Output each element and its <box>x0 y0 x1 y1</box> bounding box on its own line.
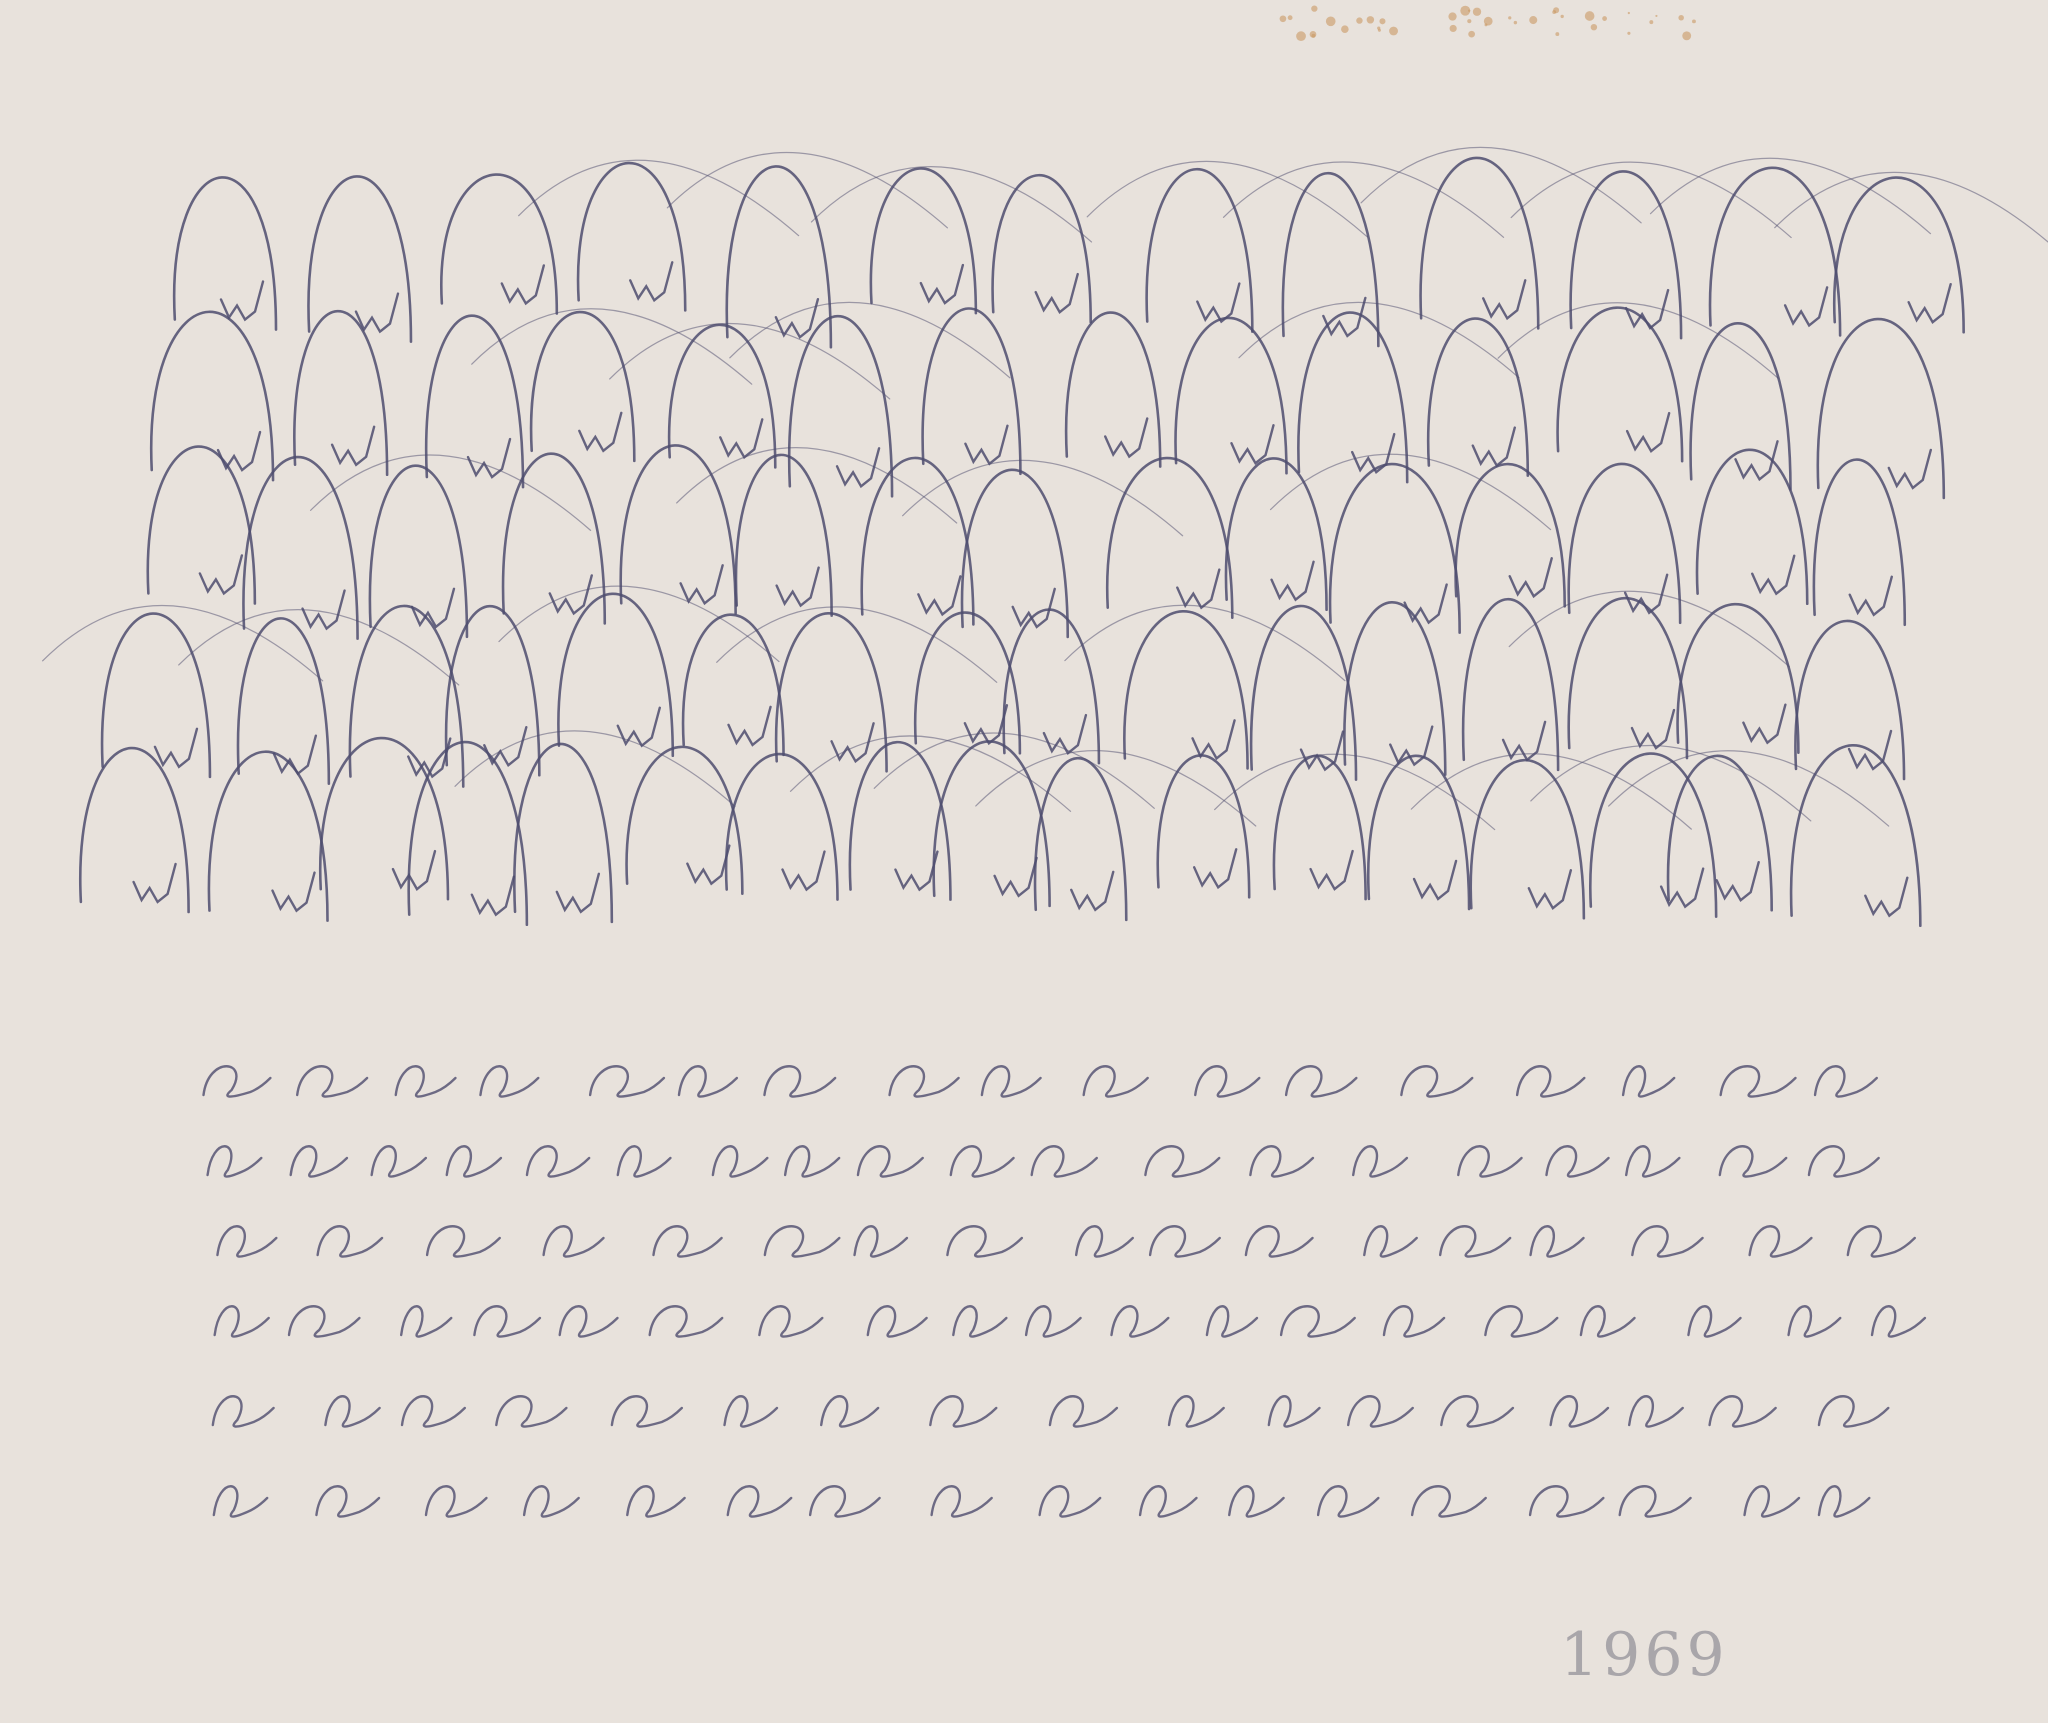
year-inscription: 1969 <box>1560 1620 1729 1690</box>
artwork-canvas: 1969 <box>0 0 2048 1723</box>
ink-drawing <box>0 0 2048 1723</box>
